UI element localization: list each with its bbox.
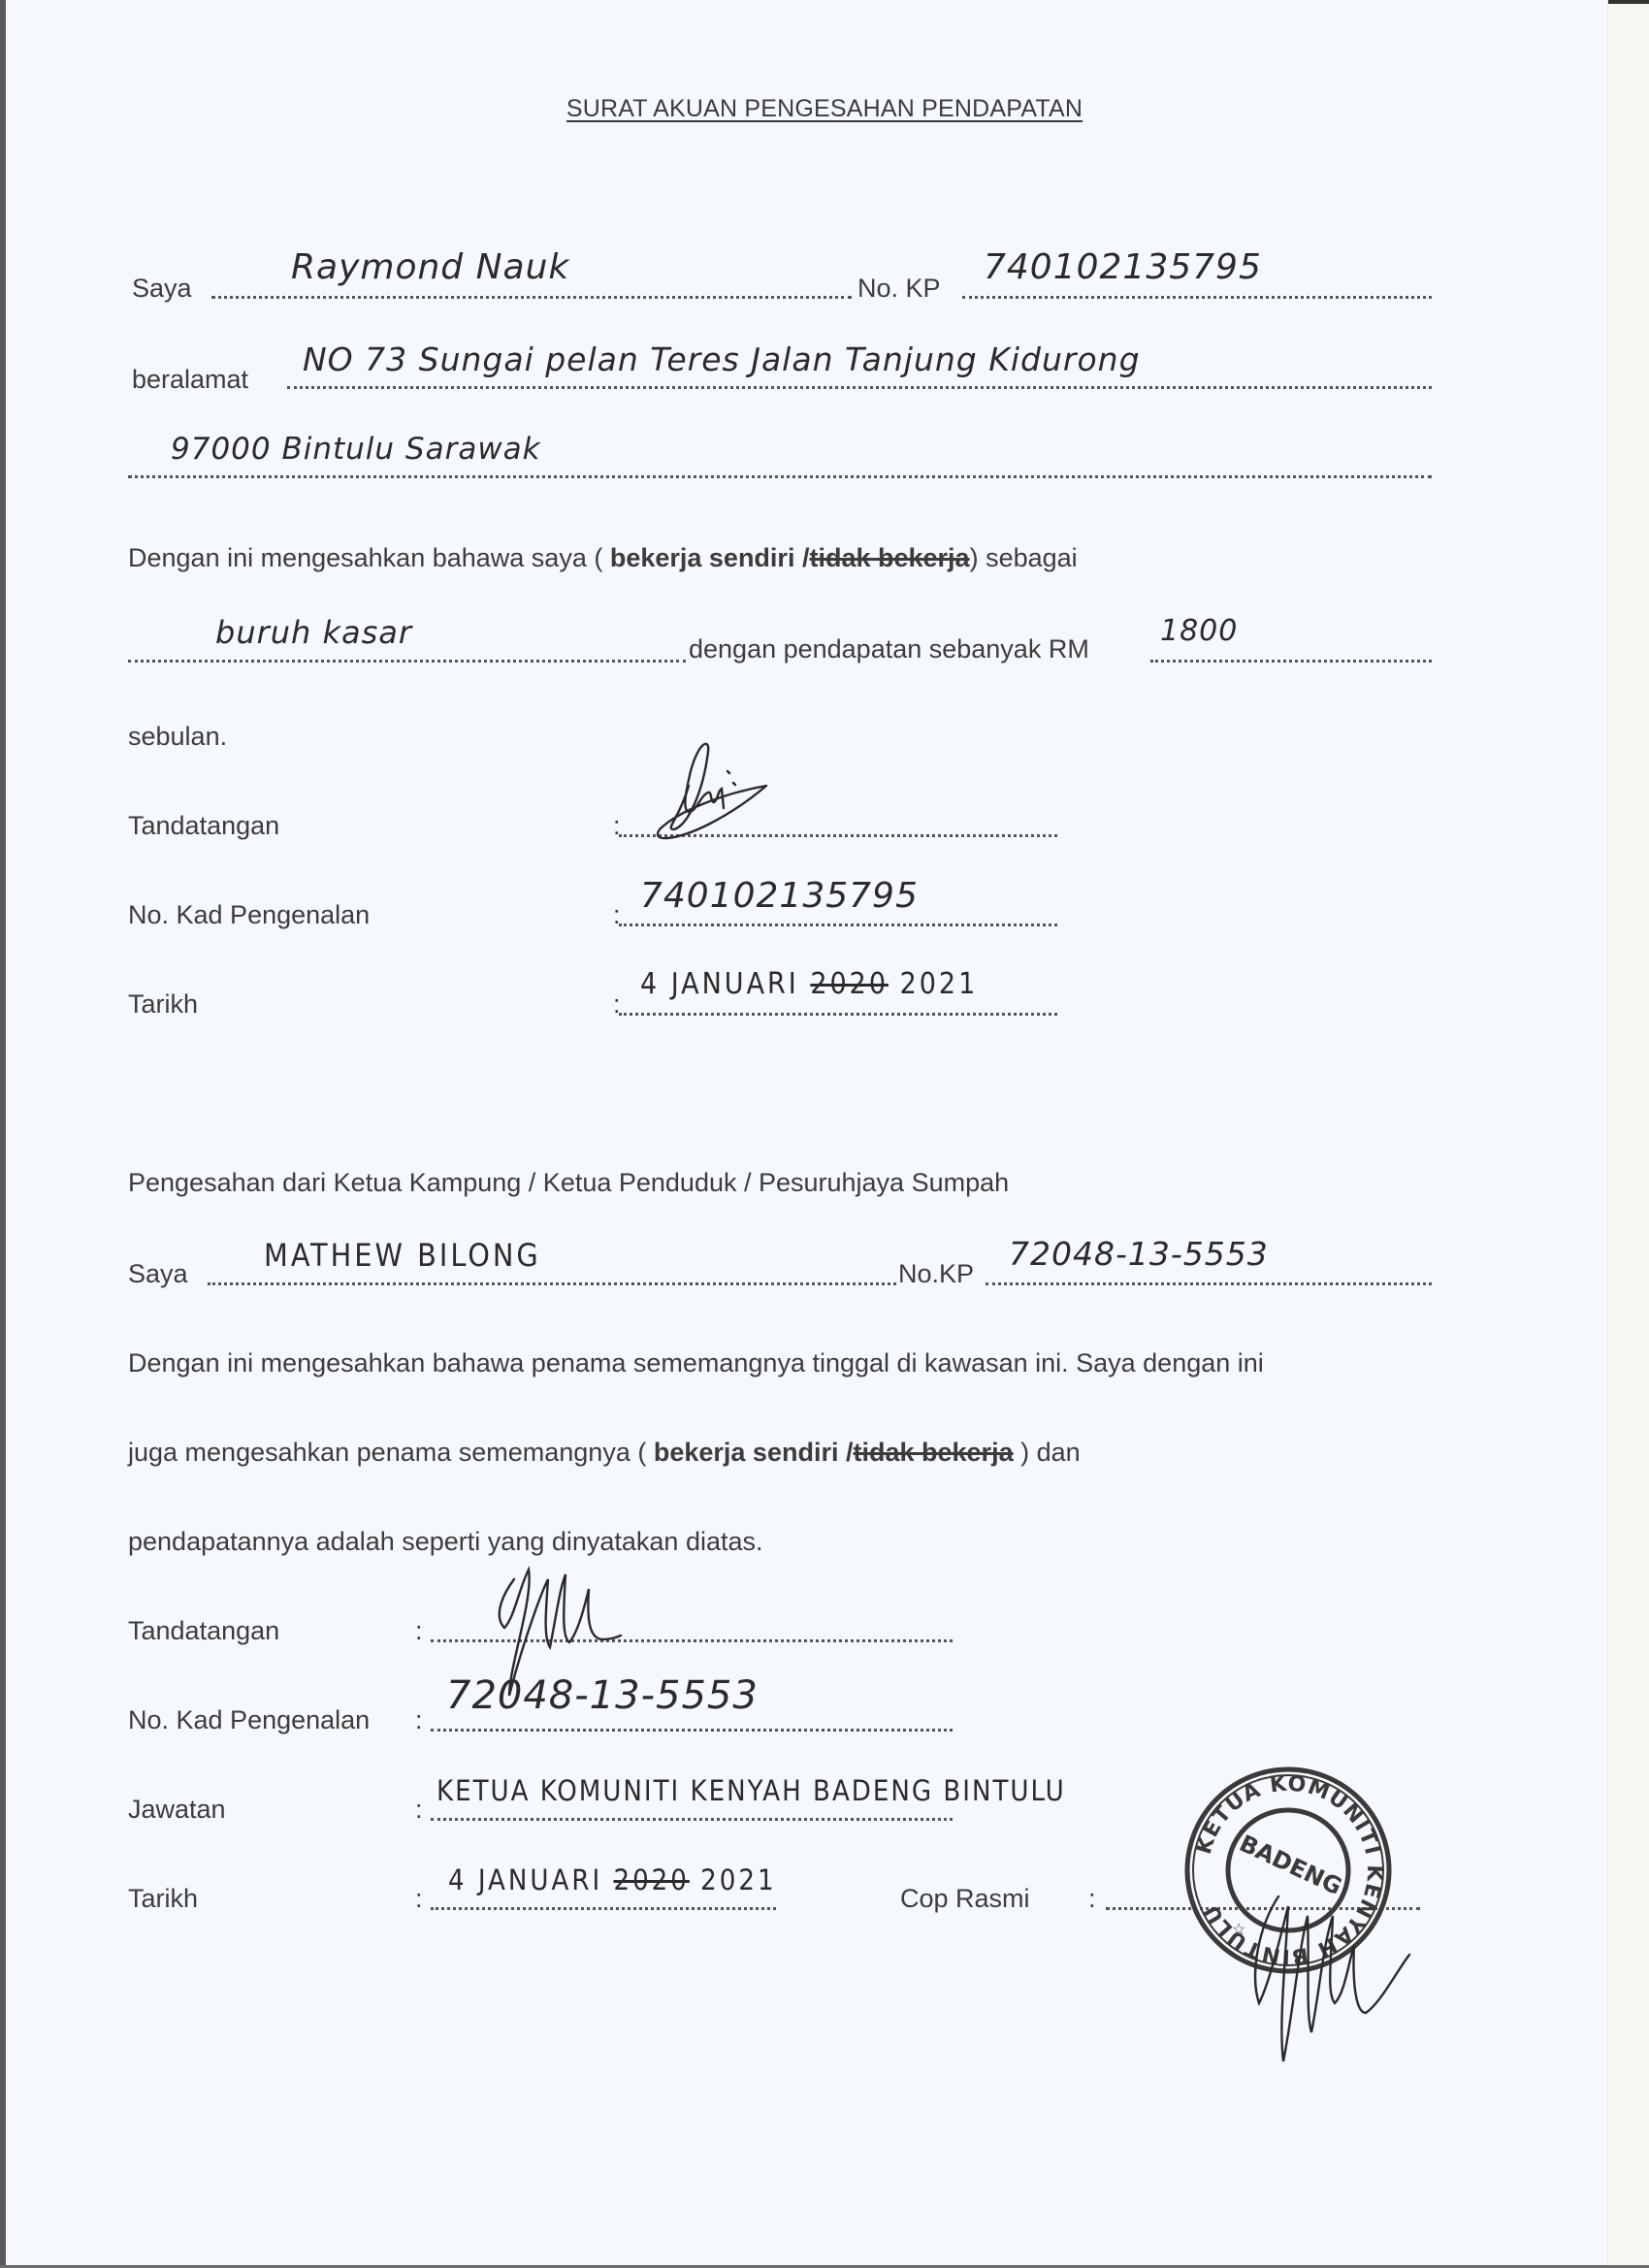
endorsement-no-kp-label: No.KP <box>898 1261 974 1287</box>
scan-left-edge <box>0 0 6 2268</box>
applicant-name-handwritten: Raymond Nauk <box>291 250 569 285</box>
option-bekerja-sendiri: bekerja sendiri <box>610 543 795 572</box>
endorsement-paragraph-3: pendapatannya adalah seperti yang dinyat… <box>128 1529 763 1555</box>
endorsement-ic-label: No. Kad Pengenalan <box>128 1707 370 1733</box>
endorsement-paragraph-2: juga mengesahkan penama sememangnya ( be… <box>128 1440 1081 1466</box>
endorsement-option-tidak-bekerja-struck: tidak bekerja <box>854 1438 1014 1467</box>
stamp-signature-icon <box>1240 1887 1434 2081</box>
scan-right-margin <box>1607 0 1649 2268</box>
endorsement-no-kp-field[interactable] <box>986 1282 1432 1285</box>
endorsement-saya-label: Saya <box>128 1261 188 1287</box>
endorsement-signature-label: Tandatangan <box>128 1618 279 1644</box>
applicant-income-label: dengan pendapatan sebanyak RM <box>689 636 1089 663</box>
applicant-no-kp-field[interactable] <box>962 296 1432 299</box>
applicant-address-field-2[interactable] <box>128 475 1432 478</box>
applicant-occupation-field[interactable] <box>128 660 686 663</box>
applicant-no-kp-label: No. KP <box>857 275 941 302</box>
applicant-name-field[interactable] <box>211 296 852 299</box>
endorsement-position-label: Jawatan <box>128 1797 226 1823</box>
applicant-income-field[interactable] <box>1150 660 1432 663</box>
endorsement-position-handwritten: KETUA KOMUNITI KENYAH BADENG BINTULU <box>436 1777 1066 1805</box>
applicant-declaration: Dengan ini mengesahkan bahawa saya ( bek… <box>128 545 1078 571</box>
endorsement-ic-handwritten: 72048-13-5553 <box>446 1676 759 1715</box>
endorsement-position-field[interactable] <box>431 1818 953 1821</box>
endorsement-stamp-label: Cop Rasmi <box>900 1886 1030 1912</box>
applicant-date-field[interactable] <box>619 1013 1057 1016</box>
endorsement-option-bekerja-sendiri: bekerja sendiri <box>654 1438 839 1467</box>
applicant-ic-field[interactable] <box>619 923 1057 926</box>
applicant-saya-label: Saya <box>132 275 192 302</box>
applicant-address-line2-handwritten: 97000 Bintulu Sarawak <box>171 435 541 465</box>
document-title: SURAT AKUAN PENGESAHAN PENDAPATAN <box>0 95 1649 123</box>
applicant-date-label: Tarikh <box>128 991 198 1018</box>
endorsement-paragraph-1: Dengan ini mengesahkan bahawa penama sem… <box>128 1350 1264 1377</box>
applicant-address-line1-handwritten: NO 73 Sungai pelan Teres Jalan Tanjung K… <box>303 343 1141 375</box>
applicant-no-kp-handwritten: 740102135795 <box>984 250 1262 285</box>
endorsement-date-label: Tarikh <box>128 1886 198 1912</box>
applicant-address-label: beralamat <box>132 367 248 393</box>
applicant-income-handwritten: 1800 <box>1160 617 1238 646</box>
applicant-ic-handwritten: 740102135795 <box>640 879 919 914</box>
option-tidak-bekerja-struck: tidak bekerja <box>809 543 969 572</box>
applicant-period-label: sebulan. <box>128 724 227 750</box>
applicant-ic-label: No. Kad Pengenalan <box>128 902 370 928</box>
endorsement-heading: Pengesahan dari Ketua Kampung / Ketua Pe… <box>128 1170 1009 1196</box>
applicant-signature-icon <box>621 732 795 859</box>
endorsement-name-handwritten: MATHEW BILONG <box>264 1240 541 1271</box>
endorsement-date-handwritten: 4 JANUARI 2020 2021 <box>448 1866 777 1895</box>
endorsement-ic-field[interactable] <box>431 1729 953 1732</box>
endorsement-name-field[interactable] <box>208 1282 896 1285</box>
scan-top-right-edge <box>1608 0 1649 4</box>
endorsement-no-kp-handwritten: 72048-13-5553 <box>1009 1238 1269 1270</box>
applicant-address-field-1[interactable] <box>287 386 1432 389</box>
applicant-date-handwritten: 4 JANUARI 2020 2021 <box>640 970 978 999</box>
applicant-signature-label: Tandatangan <box>128 813 279 839</box>
endorsement-date-field[interactable] <box>431 1907 776 1910</box>
applicant-occupation-handwritten: buruh kasar <box>215 617 412 648</box>
